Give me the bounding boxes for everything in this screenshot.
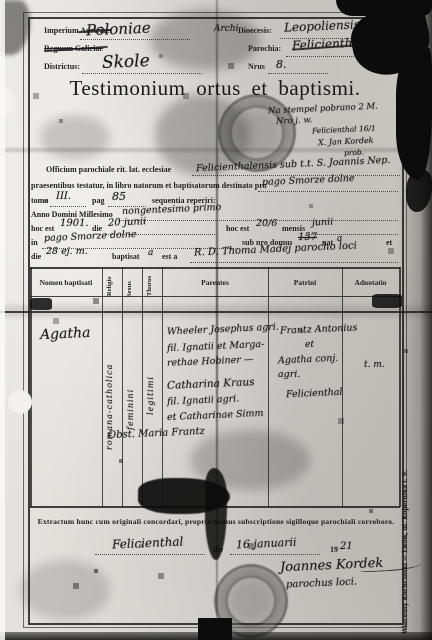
table-header-rule <box>30 296 400 297</box>
footer-date-underline <box>230 553 320 555</box>
table-vline-4 <box>162 267 163 507</box>
nrus-value: 8. <box>276 58 287 71</box>
col-header-parentes: Parentes <box>162 278 268 287</box>
stain-under-title <box>155 95 250 175</box>
body-l3-tomo-value: III. <box>56 191 71 202</box>
body-l5-month: junii <box>312 217 334 229</box>
cell-nomen: Agatha <box>40 325 91 343</box>
stain-top-center <box>150 10 260 70</box>
horizontal-crease-band <box>0 305 432 317</box>
stain-mid-left <box>40 115 110 160</box>
printer-credit: Wincenty Kuchciński — Lwów, ul. Kopernik… <box>402 420 409 634</box>
table-top-rule <box>30 267 400 269</box>
cell-thorus: legitimi <box>146 330 155 415</box>
col-header-nomen: Nomen baptisati <box>30 278 102 287</box>
body-l6-in: in <box>31 238 38 247</box>
cell-patrini-line2: et <box>305 340 314 350</box>
body-l5-hocest: hoc est <box>31 224 54 233</box>
body-l7-die: die <box>31 252 41 261</box>
body-l5-day: 20 junii <box>108 216 147 229</box>
body-l6-et: et <box>386 238 392 247</box>
left-photo-margin <box>0 0 5 640</box>
footer-place-underline <box>95 553 205 555</box>
body-l5-dots2 <box>308 233 398 235</box>
body-l7-esta: est a <box>162 252 177 261</box>
body-l7-bapt: baptisat <box>112 252 140 261</box>
col-header-adnotatio: Adnotatio <box>342 278 399 287</box>
nrus-underline <box>268 72 328 74</box>
nrus-label: Nrus <box>248 62 265 71</box>
fold-mark-left <box>30 298 52 310</box>
footer-year-hand: 21 <box>340 541 353 552</box>
body-l7-bapt-end: a <box>148 248 153 258</box>
footer-year-printed: 19 <box>330 545 338 554</box>
margin-note-line2: Nro j. w. <box>276 115 313 127</box>
bottom-edge-shadow <box>0 632 432 640</box>
body-l5-year: 1901. <box>60 218 89 229</box>
districtus-label: Districtus: <box>44 62 80 71</box>
cell-sexus: feminini <box>126 335 135 430</box>
body-l5-frac: 20/6 <box>256 218 277 229</box>
col-header-sexus: Sexus <box>126 271 133 297</box>
districtus-value: Skole <box>102 51 151 73</box>
body-l1-printed: Officium parochiale rit. lat. ecclesiae <box>46 165 171 174</box>
body-l5-hocest2: hoc est <box>226 224 249 233</box>
table-vline-2 <box>122 267 123 507</box>
body-l7-underline <box>190 261 398 263</box>
col-header-thorus: Thorus <box>146 270 153 296</box>
body-l2-underline <box>258 190 398 192</box>
col-header-patrini: Patrini <box>268 278 342 287</box>
table-vline-3 <box>142 267 143 507</box>
fold-mark-right <box>372 294 402 308</box>
footer-date: 16 januarii <box>236 536 297 552</box>
scanned-certificate-photo: Imperium Austriae: Poloniae Regnum Galic… <box>0 0 432 640</box>
hole-punch-lower <box>8 390 32 414</box>
cell-patrini-line4: agri. <box>278 369 300 380</box>
right-edge-shadow <box>420 0 432 640</box>
body-l7-date: 28 ej. m. <box>46 246 88 257</box>
body-l2-printed: praesentibus testatur, in libro natorum … <box>31 181 267 190</box>
body-l3-dots1 <box>50 205 86 207</box>
stain-bottom-left <box>20 560 110 620</box>
col-header-religio: Religio <box>106 270 113 296</box>
body-l3-pag: pag <box>92 196 104 205</box>
districtus-underline <box>82 72 202 74</box>
body-l3-tomo: tomo <box>31 196 48 205</box>
cell-adnotatio: t. m. <box>364 360 385 370</box>
table-vline-1 <box>102 267 103 507</box>
body-l3-pag-value: 85 <box>112 190 126 203</box>
imperium-value: Poloniae <box>86 19 151 40</box>
